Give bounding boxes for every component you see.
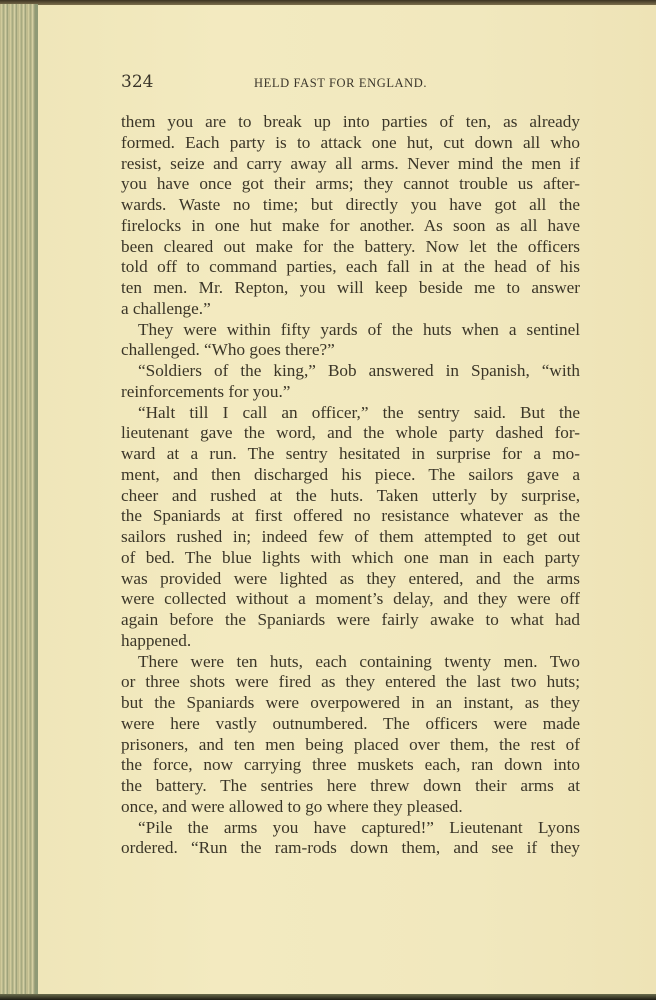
text-line: “Soldiers of the king,” Bob answered in … <box>121 361 580 382</box>
text-line: formed. Each party is to attack one hut,… <box>121 133 580 154</box>
text-line: reinforcements for you.” <box>121 382 580 403</box>
text-line: ment, and then discharged his piece. The… <box>121 465 580 486</box>
text-line: There were ten huts, each containing twe… <box>121 652 580 673</box>
text-line: ten men. Mr. Repton, you will keep besid… <box>121 278 580 299</box>
text-line: again before the Spaniards were fairly a… <box>121 610 580 631</box>
text-line: firelocks in one hut make for another. A… <box>121 216 580 237</box>
book-scan: 324 HELD FAST FOR ENGLAND. them you are … <box>0 0 656 1000</box>
text-line: happened. <box>121 631 580 652</box>
text-line: them you are to break up into parties of… <box>121 112 580 133</box>
text-line: of bed. The blue lights with which one m… <box>121 548 580 569</box>
text-line: was provided were lighted as they entere… <box>121 569 580 590</box>
text-line: ward at a run. The sentry hesitated in s… <box>121 444 580 465</box>
text-line: challenged. “Who goes there?” <box>121 340 580 361</box>
page-stack-edge <box>0 4 38 998</box>
text-line: the Spaniards at first offered no resist… <box>121 506 580 527</box>
text-line: were collected without a moment’s delay,… <box>121 589 580 610</box>
text-line: “Halt till I call an officer,” the sentr… <box>121 403 580 424</box>
text-line: ordered. “Run the ram-rods down them, an… <box>121 838 580 859</box>
text-line: lieutenant gave the word, and the whole … <box>121 423 580 444</box>
text-line: the force, now carrying three muskets ea… <box>121 755 580 776</box>
text-line: told off to command parties, each fall i… <box>121 257 580 278</box>
running-title: HELD FAST FOR ENGLAND. <box>254 76 427 91</box>
book-bottom-edge <box>0 994 656 1000</box>
text-line: “Pile the arms you have captured!” Lieut… <box>121 818 580 839</box>
running-head <box>38 5 656 35</box>
text-line: a challenge.” <box>121 299 580 320</box>
text-line: or three shots were fired as they entere… <box>121 672 580 693</box>
text-line: resist, seize and carry away all arms. N… <box>121 154 580 175</box>
text-line: sailors rushed in; indeed few of them at… <box>121 527 580 548</box>
text-line: were here vastly outnumbered. The office… <box>121 714 580 735</box>
text-line: you have once got their arms; they canno… <box>121 174 580 195</box>
text-line: been cleared out make for the battery. N… <box>121 237 580 258</box>
text-line: They were within fifty yards of the huts… <box>121 320 580 341</box>
text-line: cheer and rushed at the huts. Taken utte… <box>121 486 580 507</box>
text-line: but the Spaniards were overpowered in an… <box>121 693 580 714</box>
text-line: once, and were allowed to go where they … <box>121 797 580 818</box>
page-number: 324 <box>121 72 153 92</box>
text-line: wards. Waste no time; but directly you h… <box>121 195 580 216</box>
body-text: them you are to break up into parties of… <box>121 112 580 859</box>
text-line: the battery. The sentries here threw dow… <box>121 776 580 797</box>
text-line: prisoners, and ten men being placed over… <box>121 735 580 756</box>
